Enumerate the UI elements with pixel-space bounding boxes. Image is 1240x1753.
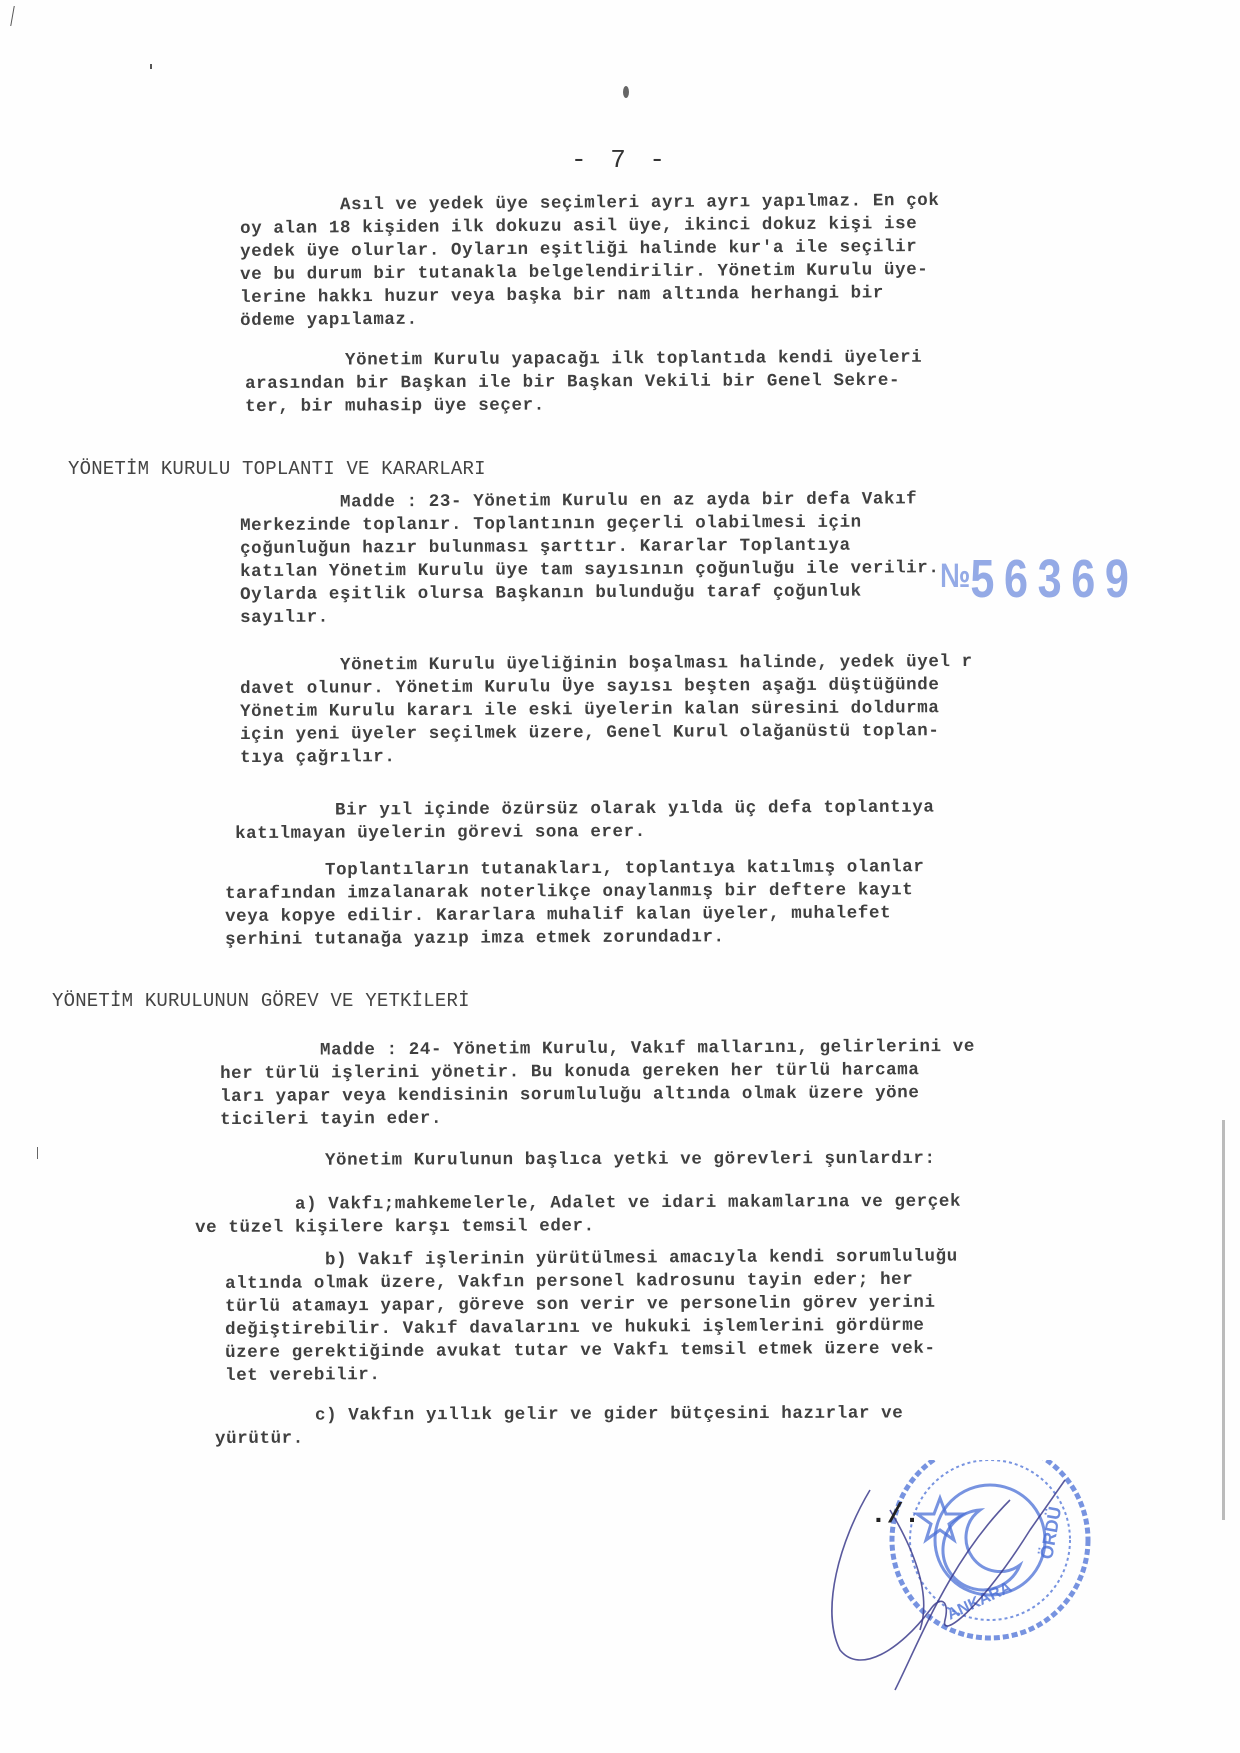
section-heading-duties: YÖNETİM KURULUNUN GÖREV VE YETKİLERİ (52, 990, 470, 1013)
text-line: üzere gerektiğinde avukat tutar ve Vakfı… (225, 1338, 936, 1365)
signature-scribble (832, 1480, 1065, 1690)
text-line: ve tüzel kişilere karşı temsil eder. (195, 1215, 595, 1240)
ink-blot (623, 86, 629, 98)
official-seal-with-signature: ÖRDÜ ANKARA ./. (830, 1460, 1100, 1720)
text-line: lerine hakkı huzur veya başka bir nam al… (240, 282, 884, 310)
svg-text:ANKARA: ANKARA (945, 1579, 1015, 1624)
text-line: veya kopye edilir. Kararlara muhalif kal… (225, 902, 891, 929)
page-number: - 7 - (0, 145, 1240, 175)
text-line: ter, bir muhasip üye seçer. (245, 395, 545, 419)
text-line: yürütür. (215, 1428, 304, 1451)
text-line: Oylarda eşitlik olursa Başkanın bulunduğ… (240, 581, 862, 607)
serial-number-stamp: №56369 (940, 548, 1138, 610)
text-line: için yeni üyeler seçilmek üzere, Genel K… (240, 720, 940, 747)
svg-text:ÖRDÜ: ÖRDÜ (1036, 1505, 1065, 1561)
ink-speck (37, 1147, 38, 1159)
section-heading-meetings: YÖNETİM KURULU TOPLANTI VE KARARLARI (68, 458, 486, 481)
crescent-icon (943, 1510, 1020, 1590)
scan-edge-shadow (1222, 1120, 1225, 1520)
document-page: - 7 - Asıl ve yedek üye seçimleri ayrı a… (0, 0, 1240, 1753)
text-line: şerhini tutanağa yazıp imza etmek zorund… (225, 926, 725, 952)
text-line: tıya çağrılır. (240, 746, 396, 770)
text-line: a) Vakfı;mahkemelerle, Adalet ve idari m… (195, 1191, 961, 1217)
text-line: ödeme yapılamaz. (240, 309, 418, 333)
text-line: katılmayan üyelerin görevi sona erer. (235, 821, 646, 846)
numero-sign: № (940, 557, 970, 595)
text-line: Merkezinde toplanır. Toplantının geçerli… (240, 512, 862, 538)
text-line: Yönetim Kurulu yapacağı ilk toplantıda k… (245, 347, 922, 373)
pen-mark (10, 6, 23, 26)
text-line: arasından bir Başkan ile bir Başkan Veki… (245, 370, 900, 396)
text-line: sayılır. (240, 607, 329, 630)
text-line: ları yapar veya kendisinin sorumluluğu a… (220, 1082, 920, 1109)
ink-speck (150, 64, 152, 69)
text-line: c) Vakfın yıllık gelir ve gider bütçesin… (215, 1402, 903, 1428)
text-line: let verebilir. (225, 1364, 381, 1388)
text-line: ticileri tayin eder. (220, 1108, 442, 1132)
text-line: çoğunluğun hazır bulunması şarttır. Kara… (240, 535, 851, 561)
text-line: Bir yıl içinde özürsüz olarak yılda üç d… (235, 797, 935, 823)
serial-digits: 56369 (970, 549, 1138, 609)
text-line: Yönetim Kurulunun başlıca yetki ve görev… (225, 1148, 936, 1173)
signature-mark: ./. (870, 1500, 920, 1531)
